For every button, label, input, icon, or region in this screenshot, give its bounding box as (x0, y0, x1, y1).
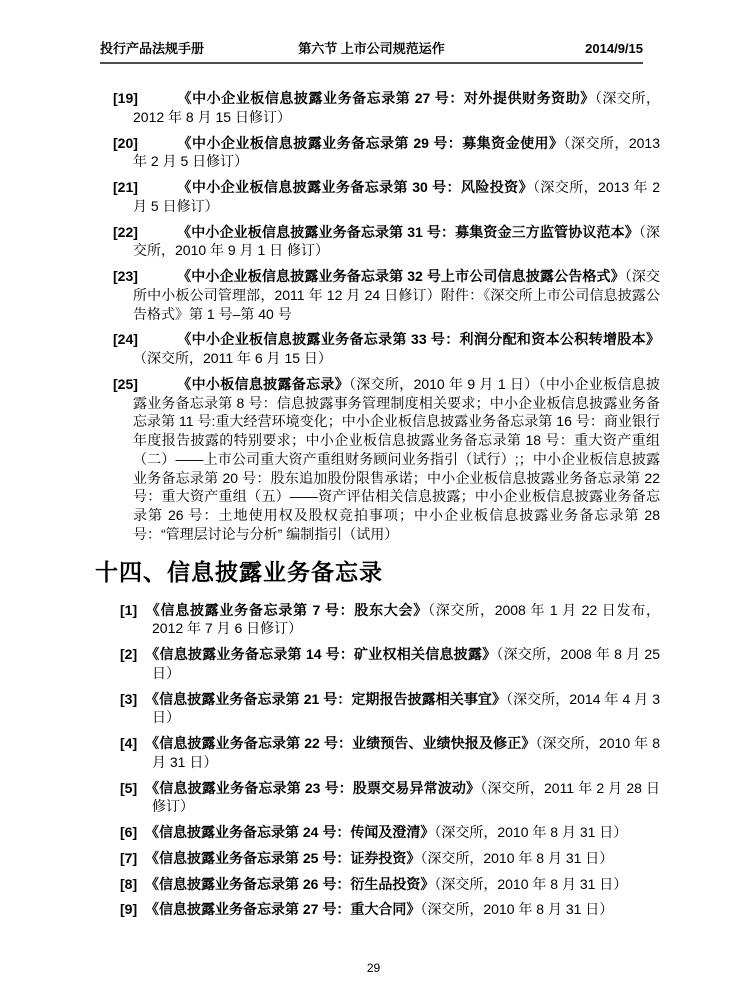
item-title: 《信息披露业务备忘录第 21 号：定期报告披露相关事宜》 (145, 691, 506, 707)
list-item: [25]《中小板信息披露备忘录》（深交所，2010 年 9 月 1 日）（中小企… (133, 375, 660, 544)
item-title: 《中小企业板信息披露业务备忘录第 31 号：募集资金三方监管协议范本》 (177, 224, 639, 240)
chapter-title: 第六节 上市公司规范运作 (298, 41, 445, 56)
item-title: 《信息披露业务备忘录第 14 号：矿业权相关信息披露》 (145, 646, 496, 662)
page-number: 29 (367, 961, 380, 975)
list-item: [7]《信息披露业务备忘录第 25 号：证券投资》（深交所，2010 年 8 月… (152, 849, 660, 868)
list-item: [19]《中小企业板信息披露业务备忘录第 27 号：对外提供财务资助》（深交所，… (133, 89, 660, 127)
list-item: [9]《信息披露业务备忘录第 27 号：重大合同》（深交所，2010 年 8 月… (152, 900, 660, 919)
list-item: [20]《中小企业板信息披露业务备忘录第 29 号：募集资金使用》（深交所，20… (133, 134, 660, 172)
item-number: [2] (120, 645, 145, 664)
list-item: [1]《信息披露业务备忘录第 7 号：股东大会》（深交所，2008 年 1 月 … (152, 601, 660, 639)
item-title: 《中小企业板信息披露业务备忘录第 33 号：利润分配和资本公积转增股本》 (177, 331, 660, 347)
reference-list-sme-board: [19]《中小企业板信息披露业务备忘录第 27 号：对外提供财务资助》（深交所，… (100, 89, 660, 544)
item-title: 《信息披露业务备忘录第 22 号：业绩预告、业绩快报及修正》 (145, 735, 535, 751)
list-item: [21]《中小企业板信息披露业务备忘录第 30 号：风险投资》（深交所，2013… (133, 178, 660, 216)
item-title: 《信息披露业务备忘录第 25 号：证券投资》 (145, 850, 420, 866)
item-number: [7] (120, 849, 145, 868)
list-item: [2]《信息披露业务备忘录第 14 号：矿业权相关信息披露》（深交所，2008 … (152, 645, 660, 683)
document-title: 投行产品法规手册 (100, 41, 298, 56)
item-title: 《中小企业板信息披露业务备忘录第 32 号上市公司信息披露公告格式》 (177, 268, 625, 284)
item-number: [5] (120, 779, 145, 798)
header-date: 2014/9/15 (445, 41, 643, 56)
list-item: [5]《信息披露业务备忘录第 23 号：股票交易异常波动》（深交所，2011 年… (152, 779, 660, 817)
item-title: 《中小企业板信息披露业务备忘录第 27 号：对外提供财务资助》 (177, 90, 595, 106)
item-source: （深交所，2010 年 8 月 31 日） (434, 824, 627, 840)
list-item: [6]《信息披露业务备忘录第 24 号：传闻及澄清》（深交所，2010 年 8 … (152, 823, 660, 842)
list-item: [8]《信息披露业务备忘录第 26 号：衍生品投资》（深交所，2010 年 8 … (152, 875, 660, 894)
item-title: 《信息披露业务备忘录第 23 号：股票交易异常波动》 (145, 780, 480, 796)
item-number: [6] (120, 823, 145, 842)
item-source: （深交所，2010 年 9 月 1 日）（中小企业板信息披露业务备忘录第 8 号… (133, 376, 660, 542)
item-title: 《中小企业板信息披露业务备忘录第 30 号：风险投资》 (177, 179, 533, 195)
item-number: [21] (113, 178, 177, 197)
item-title: 《信息披露业务备忘录第 27 号：重大合同》 (145, 901, 420, 917)
page-body: [19]《中小企业板信息披露业务备忘录第 27 号：对外提供财务资助》（深交所，… (100, 89, 660, 919)
document-page: 投行产品法规手册 第六节 上市公司规范运作 2014/9/15 [19]《中小企… (0, 0, 747, 1005)
list-item: [22]《中小企业板信息披露业务备忘录第 31 号：募集资金三方监管协议范本》（… (133, 223, 660, 261)
item-number: [20] (113, 134, 177, 153)
page-header: 投行产品法规手册 第六节 上市公司规范运作 2014/9/15 (100, 0, 643, 64)
item-number: [4] (120, 734, 145, 753)
item-title: 《中小板信息披露备忘录》 (177, 376, 349, 392)
item-number: [24] (113, 330, 177, 349)
item-title: 《信息披露业务备忘录第 24 号：传闻及澄清》 (145, 824, 434, 840)
item-number: [23] (113, 267, 177, 286)
list-item: [4]《信息披露业务备忘录第 22 号：业绩预告、业绩快报及修正》（深交所，20… (152, 734, 660, 772)
item-number: [1] (120, 601, 145, 620)
item-number: [8] (120, 875, 145, 894)
item-title: 《中小企业板信息披露业务备忘录第 29 号：募集资金使用》 (177, 135, 564, 151)
section-heading: 十四、信息披露业务备忘录 (95, 558, 660, 586)
reference-list-disclosure-memos: [1]《信息披露业务备忘录第 7 号：股东大会》（深交所，2008 年 1 月 … (100, 601, 660, 920)
list-item: [23]《中小企业板信息披露业务备忘录第 32 号上市公司信息披露公告格式》（深… (133, 267, 660, 323)
item-number: [9] (120, 900, 145, 919)
item-number: [3] (120, 690, 145, 709)
item-title: 《信息披露业务备忘录第 7 号：股东大会》 (145, 602, 428, 618)
list-item: [3]《信息披露业务备忘录第 21 号：定期报告披露相关事宜》（深交所，2014… (152, 690, 660, 728)
page-footer: 29 (0, 961, 747, 975)
item-number: [25] (113, 375, 177, 394)
item-title: 《信息披露业务备忘录第 26 号：衍生品投资》 (145, 876, 434, 892)
item-source: （深交所，2010 年 8 月 31 日） (434, 876, 627, 892)
item-source: （深交所，2010 年 8 月 31 日） (420, 850, 613, 866)
item-source: （深交所，2010 年 8 月 31 日） (420, 901, 613, 917)
item-number: [22] (113, 223, 177, 242)
list-item: [24]《中小企业板信息披露业务备忘录第 33 号：利润分配和资本公积转增股本》… (133, 330, 660, 368)
item-number: [19] (113, 89, 177, 108)
item-source: （深交所，2011 年 6 月 15 日） (133, 350, 332, 366)
